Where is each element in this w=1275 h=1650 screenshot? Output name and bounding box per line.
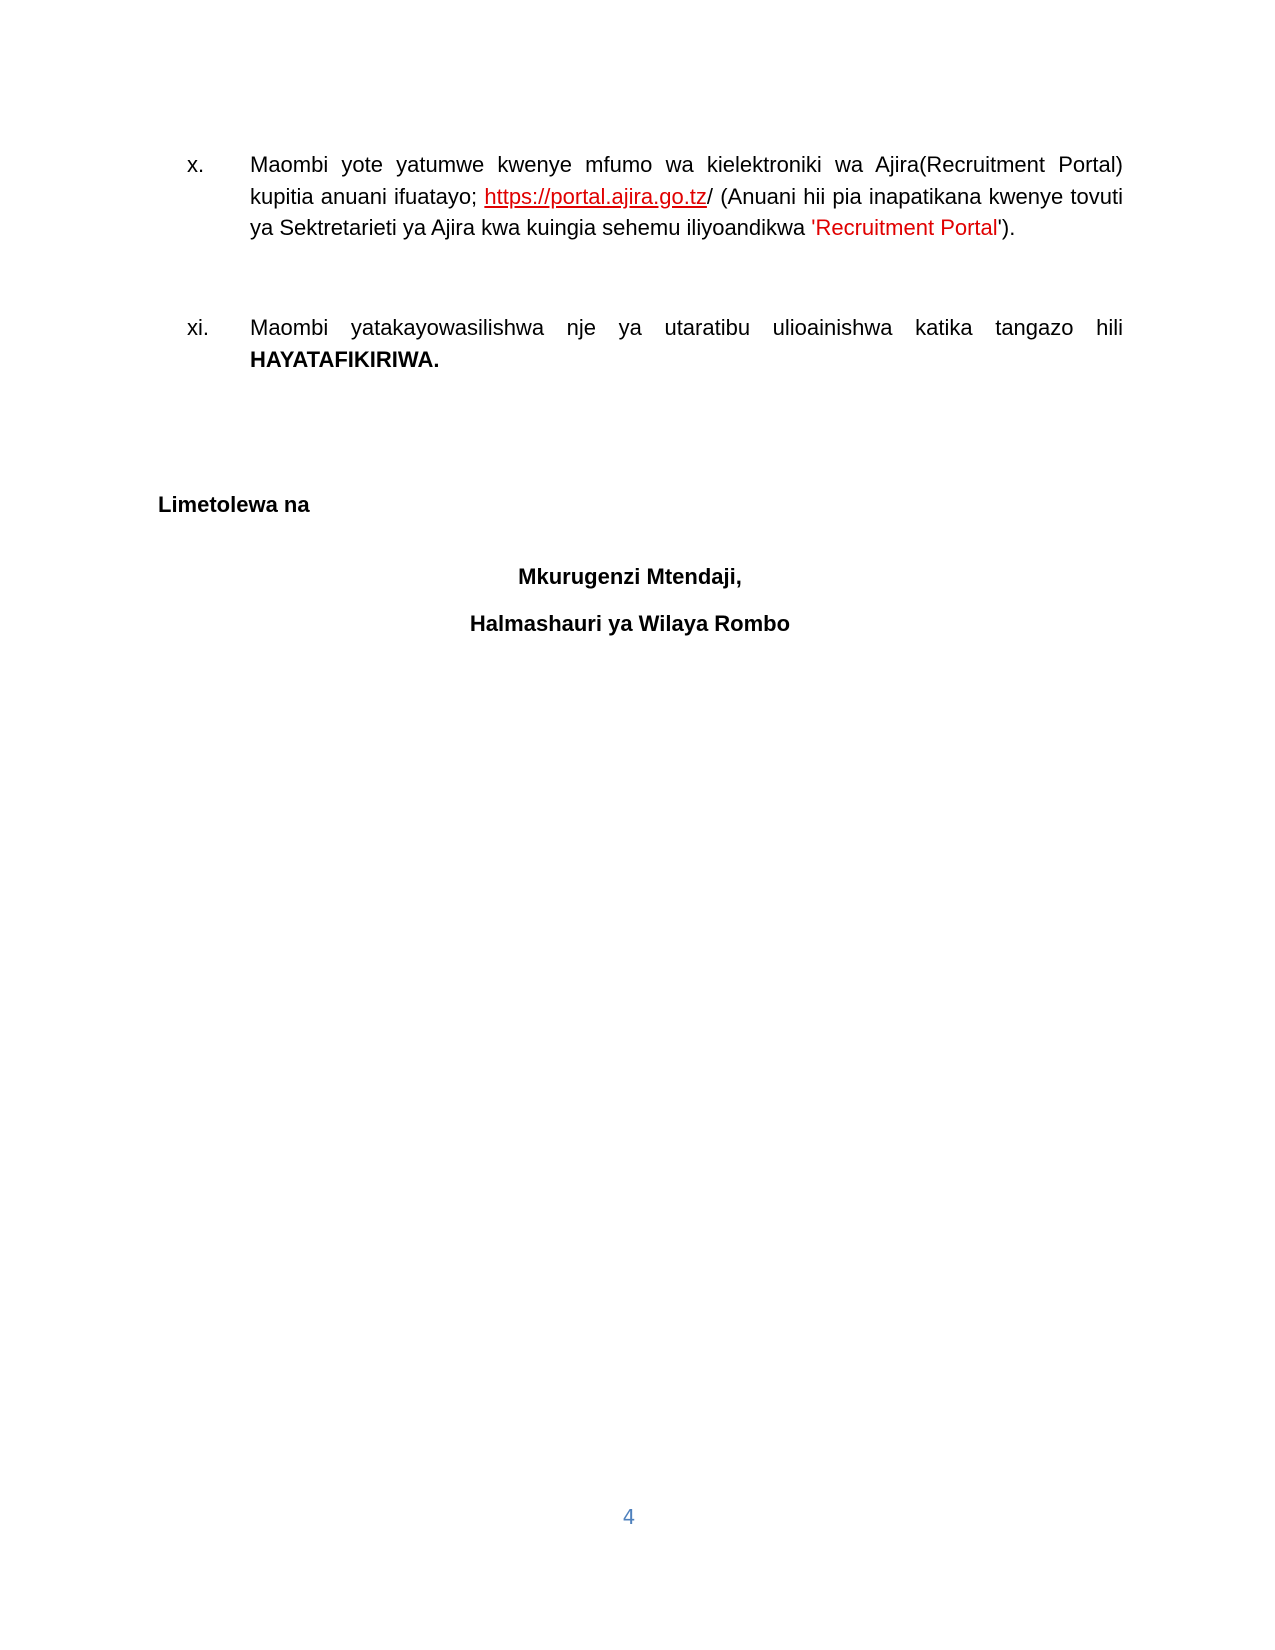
- issued-by-label: Limetolewa na: [158, 490, 310, 520]
- list-item-body: Maombi yatakayowasilishwa nje ya utarati…: [250, 312, 1123, 375]
- list-marker: x.: [187, 149, 247, 181]
- list-item-body: Maombi yote yatumwe kwenye mfumo wa kiel…: [250, 149, 1123, 244]
- page-number: 4: [0, 1505, 1258, 1529]
- list-item-x: x. Maombi yote yatumwe kwenye mfumo wa k…: [187, 149, 1123, 244]
- item-text: Maombi yatakayowasilishwa nje ya utarati…: [250, 315, 1123, 340]
- signature-title: Mkurugenzi Mtendaji,: [0, 562, 1260, 592]
- recruitment-portal-highlight: 'Recruitment Portal: [811, 215, 997, 240]
- signature-organization: Halmashauri ya Wilaya Rombo: [0, 609, 1260, 639]
- warning-text: HAYATAFIKIRIWA.: [250, 347, 439, 372]
- list-item-xi: xi. Maombi yatakayowasilishwa nje ya uta…: [187, 312, 1123, 375]
- item-text-end: ').: [998, 215, 1016, 240]
- document-page: x. Maombi yote yatumwe kwenye mfumo wa k…: [0, 0, 1275, 1650]
- list-marker: xi.: [187, 312, 247, 344]
- portal-link[interactable]: https://portal.ajira.go.tz: [484, 184, 707, 209]
